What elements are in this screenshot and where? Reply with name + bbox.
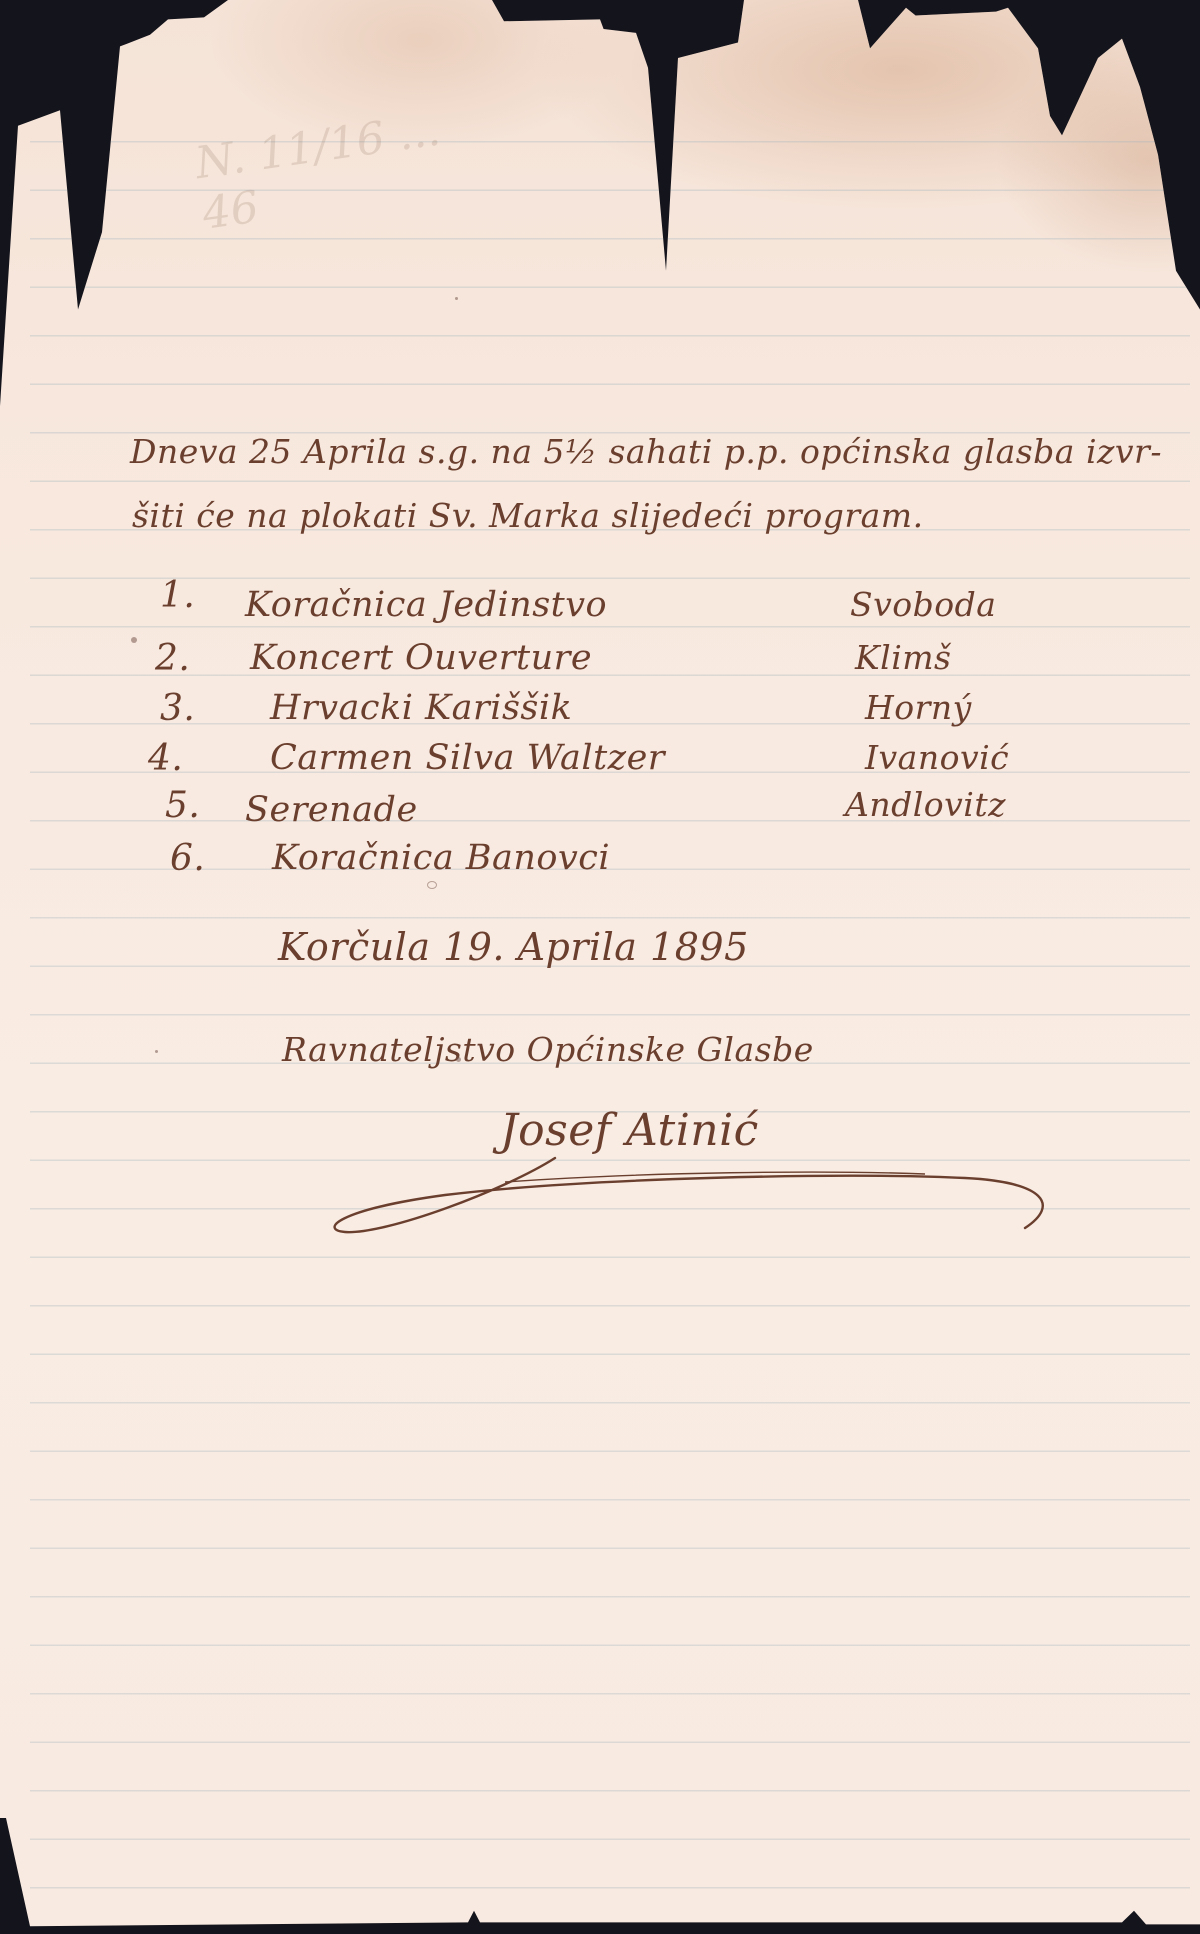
item-number: 3. bbox=[160, 688, 195, 729]
item-number: 4. bbox=[148, 738, 183, 779]
intro-line-1: Dneva 25 Aprila s.g. na 5½ sahati p.p. o… bbox=[130, 432, 1162, 471]
item-title: Koncert Ouverture bbox=[250, 638, 592, 678]
intro-line-2: šiti će na plokati Sv. Marka slijedeći p… bbox=[132, 496, 924, 535]
item-title: Koračnica Jedinstvo bbox=[245, 585, 607, 625]
item-number: 2. bbox=[155, 638, 190, 679]
item-composer: Andlovitz bbox=[845, 785, 1006, 824]
signature-flourish bbox=[325, 1150, 1055, 1240]
issuer-line: Ravnateljstvo Općinske Glasbe bbox=[282, 1030, 814, 1069]
item-composer: Ivanović bbox=[865, 738, 1009, 777]
paper-hole bbox=[427, 881, 437, 889]
item-title: Hrvacki Kariššik bbox=[270, 688, 572, 728]
item-composer: Horný bbox=[865, 688, 972, 727]
document-page: N. 11/16 ... 46 Dneva 25 Aprila s.g. na … bbox=[0, 0, 1200, 1934]
item-number: 6. bbox=[170, 838, 205, 879]
signature: Josef Atinić bbox=[500, 1105, 759, 1156]
ink-spot bbox=[456, 1057, 461, 1062]
item-title: Carmen Silva Waltzer bbox=[270, 738, 665, 778]
item-number: 5. bbox=[165, 785, 200, 826]
place-date: Korčula 19. Aprila 1895 bbox=[278, 925, 749, 969]
ruled-lines bbox=[30, 94, 1190, 1934]
item-title: Koračnica Banovci bbox=[272, 838, 610, 878]
item-composer: Svoboda bbox=[850, 585, 996, 624]
ink-spot bbox=[131, 637, 137, 643]
item-number: 1. bbox=[160, 575, 195, 616]
ink-spot bbox=[155, 1050, 158, 1053]
item-title: Serenade bbox=[245, 790, 418, 830]
item-composer: Klimš bbox=[855, 638, 952, 677]
ink-spot bbox=[455, 297, 458, 300]
